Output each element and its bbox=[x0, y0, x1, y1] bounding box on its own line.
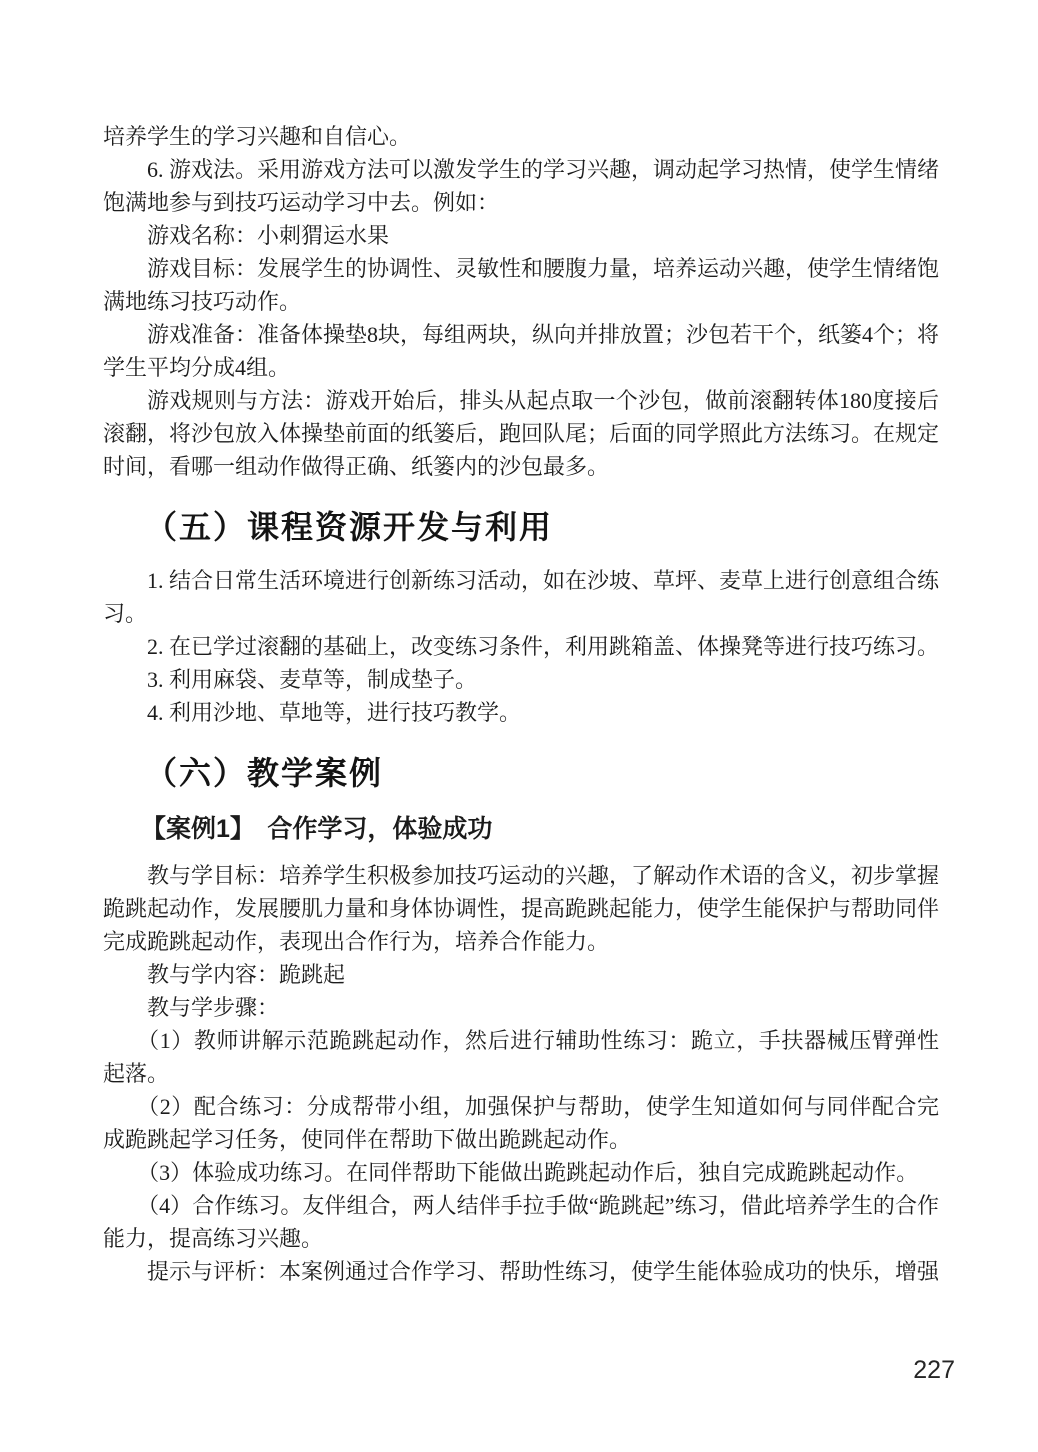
document-page: 培养学生的学习兴趣和自信心。6. 游戏法。采用游戏方法可以激发学生的学习兴趣，调… bbox=[0, 0, 1038, 1452]
section-heading: （五）课程资源开发与利用 bbox=[103, 505, 939, 549]
paragraph: 3. 利用麻袋、麦草等，制成垫子。 bbox=[103, 663, 939, 696]
document-content: 培养学生的学习兴趣和自信心。6. 游戏法。采用游戏方法可以激发学生的学习兴趣，调… bbox=[103, 120, 939, 1288]
paragraph: （2）配合练习：分成帮带小组，加强保护与帮助，使学生知道如何与同伴配合完成跪跳起… bbox=[103, 1090, 939, 1156]
paragraph: （4）合作练习。友伴组合，两人结伴手拉手做“跪跳起”练习，借此培养学生的合作能力… bbox=[103, 1189, 939, 1255]
paragraph: 游戏准备：准备体操垫8块，每组两块，纵向并排放置；沙包若干个，纸篓4个；将学生平… bbox=[103, 318, 939, 384]
paragraph: 教与学目标：培养学生积极参加技巧运动的兴趣，了解动作术语的含义，初步掌握跪跳起动… bbox=[103, 859, 939, 958]
paragraph: 6. 游戏法。采用游戏方法可以激发学生的学习兴趣，调动起学习热情，使学生情绪饱满… bbox=[103, 153, 939, 219]
paragraph: 4. 利用沙地、草地等，进行技巧教学。 bbox=[103, 696, 939, 729]
paragraph: 游戏目标：发展学生的协调性、灵敏性和腰腹力量，培养运动兴趣，使学生情绪饱满地练习… bbox=[103, 252, 939, 318]
paragraph: 1. 结合日常生活环境进行创新练习活动，如在沙坡、草坪、麦草上进行创意组合练习。 bbox=[103, 564, 939, 630]
paragraph: 培养学生的学习兴趣和自信心。 bbox=[103, 120, 939, 153]
paragraph: 教与学步骤： bbox=[103, 991, 939, 1024]
paragraph: 游戏规则与方法：游戏开始后，排头从起点取一个沙包，做前滚翻转体180度接后滚翻，… bbox=[103, 384, 939, 483]
page-number: 227 bbox=[913, 1356, 955, 1385]
paragraph: （3）体验成功练习。在同伴帮助下能做出跪跳起动作后，独自完成跪跳起动作。 bbox=[103, 1156, 939, 1189]
paragraph: 提示与评析：本案例通过合作学习、帮助性练习，使学生能体验成功的快乐，增强 bbox=[103, 1255, 939, 1288]
section-heading: （六）教学案例 bbox=[103, 751, 939, 795]
paragraph: （1）教师讲解示范跪跳起动作，然后进行辅助性练习：跪立，手扶器械压臂弹性起落。 bbox=[103, 1024, 939, 1090]
paragraph: 2. 在已学过滚翻的基础上，改变练习条件，利用跳箱盖、体操凳等进行技巧练习。 bbox=[103, 630, 939, 663]
case-heading: 【案例1】 合作学习，体验成功 bbox=[103, 812, 939, 846]
paragraph: 教与学内容：跪跳起 bbox=[103, 958, 939, 991]
paragraph: 游戏名称：小刺猬运水果 bbox=[103, 219, 939, 252]
